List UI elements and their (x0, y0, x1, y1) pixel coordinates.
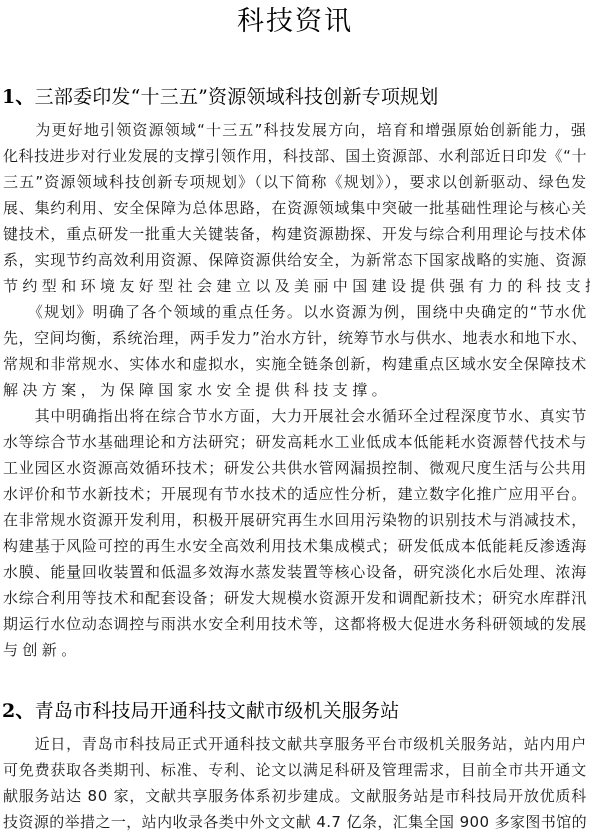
text-line: 先，空间均衡，系统治理，两手发力”治水方针，统筹节水与供水、地表水和地下水、 (3, 325, 587, 351)
section-heading-1: 1、三部委印发“十三五”资源领域科技创新专项规划 (2, 83, 590, 111)
section-heading-text: 三部委印发“十三五”资源领域科技创新专项规划 (35, 86, 439, 108)
text-line: 技资源的举措之一，站内收录各类中外文文献 4.7 亿条，汇集全国 900 多家图… (3, 809, 587, 835)
document-page: 科技资讯 1、三部委印发“十三五”资源领域科技创新专项规划 为更好地引领资源领域… (0, 0, 590, 836)
paragraph-1-3: 其中明确指出将在综合节水方面，大力开展社会水循环全过程深度节水、真实节 水等综合… (3, 403, 587, 663)
text-line: 解决方案，为保障国家水安全提供科技支撑。 (3, 377, 587, 403)
text-line: 水膜、能量回收装置和低温多效海水蒸发装置等核心设备，研究淡化水后处理、浓海 (3, 559, 587, 585)
text-line: 水等综合节水基础理论和方法研究；研发高耗水工业低成本低能耗水资源替代技术与 (3, 429, 587, 455)
text-line: 与创新。 (3, 637, 587, 663)
text-line: 在非常规水资源开发利用，积极开展研究再生水回用污染物的识别技术与消减技术， (3, 507, 587, 533)
text-line: 三五”资源领域科技创新专项规划》（以下简称《规划》），要求以创新驱动、绿色发 (3, 169, 587, 195)
text-line: 常规和非常规水、实体水和虚拟水，实施全链条创新，构建重点区域水安全保障技术 (3, 351, 587, 377)
text-line: 水综合利用等技术和配套设备；研发大规模水资源开发和调配新技术；研究水库群汛 (3, 585, 587, 611)
text-line: 节约型和环境友好型社会建立以及美丽中国建设提供强有力的科技支撑。 (3, 273, 587, 299)
text-line: 键技术，重点研发一批重大关键装备，构建资源勘探、开发与综合利用理论与技术体 (3, 221, 587, 247)
text-line: 系，实现节约高效利用资源、保障资源供给安全，为新常态下国家战略的实施、资源 (3, 247, 587, 273)
paragraph-1-1: 为更好地引领资源领域“十三五”科技发展方向，培育和增强原始创新能力，强 化科技进… (3, 117, 587, 299)
text-line: 近日，青岛市科技局正式开通科技文献共享服务平台市级机关服务站，站内用户 (3, 731, 587, 757)
text-line: 展、集约利用、安全保障为总体思路，在资源领域集中突破一批基础性理论与核心关 (3, 195, 587, 221)
text-line: 其中明确指出将在综合节水方面，大力开展社会水循环全过程深度节水、真实节 (3, 403, 587, 429)
paragraph-2-1: 近日，青岛市科技局正式开通科技文献共享服务平台市级机关服务站，站内用户 可免费获… (3, 731, 587, 835)
text-line: 构建基于风险可控的再生水安全高效利用技术集成模式；研发低成本低能耗反渗透海 (3, 533, 587, 559)
text-line: 期运行水位动态调控与雨洪水安全利用技术等，这都将极大促进水务科研领域的发展 (3, 611, 587, 637)
section-number: 1、 (2, 86, 35, 108)
page-title: 科技资讯 (0, 2, 590, 42)
text-line: 可免费获取各类期刊、标准、专利、论文以满足科研及管理需求，目前全市共开通文 (3, 757, 587, 783)
section-heading-2: 2、青岛市科技局开通科技文献市级机关服务站 (2, 697, 590, 725)
text-line: 化科技进步对行业发展的支撑引领作用，科技部、国土资源部、水利部近日印发《“十 (3, 143, 587, 169)
section-heading-text: 青岛市科技局开通科技文献市级机关服务站 (35, 700, 400, 722)
text-line: 献服务站达 80 家，文献共享服务体系初步建成。文献服务站是市科技局开放优质科 (3, 783, 587, 809)
text-line: 工业园区水资源高效循环技术；研发公共供水管网漏损控制、微观尺度生活与公共用 (3, 455, 587, 481)
text-line: 为更好地引领资源领域“十三五”科技发展方向，培育和增强原始创新能力，强 (3, 117, 587, 143)
section-number: 2、 (2, 700, 35, 722)
text-line: 《规划》明确了各个领域的重点任务。以水资源为例，围绕中央确定的“节水优 (3, 299, 587, 325)
paragraph-1-2: 《规划》明确了各个领域的重点任务。以水资源为例，围绕中央确定的“节水优 先，空间… (3, 299, 587, 403)
text-line: 水评价和节水新技术；开展现有节水技术的适应性分析，建立数字化推广应用平台。 (3, 481, 587, 507)
